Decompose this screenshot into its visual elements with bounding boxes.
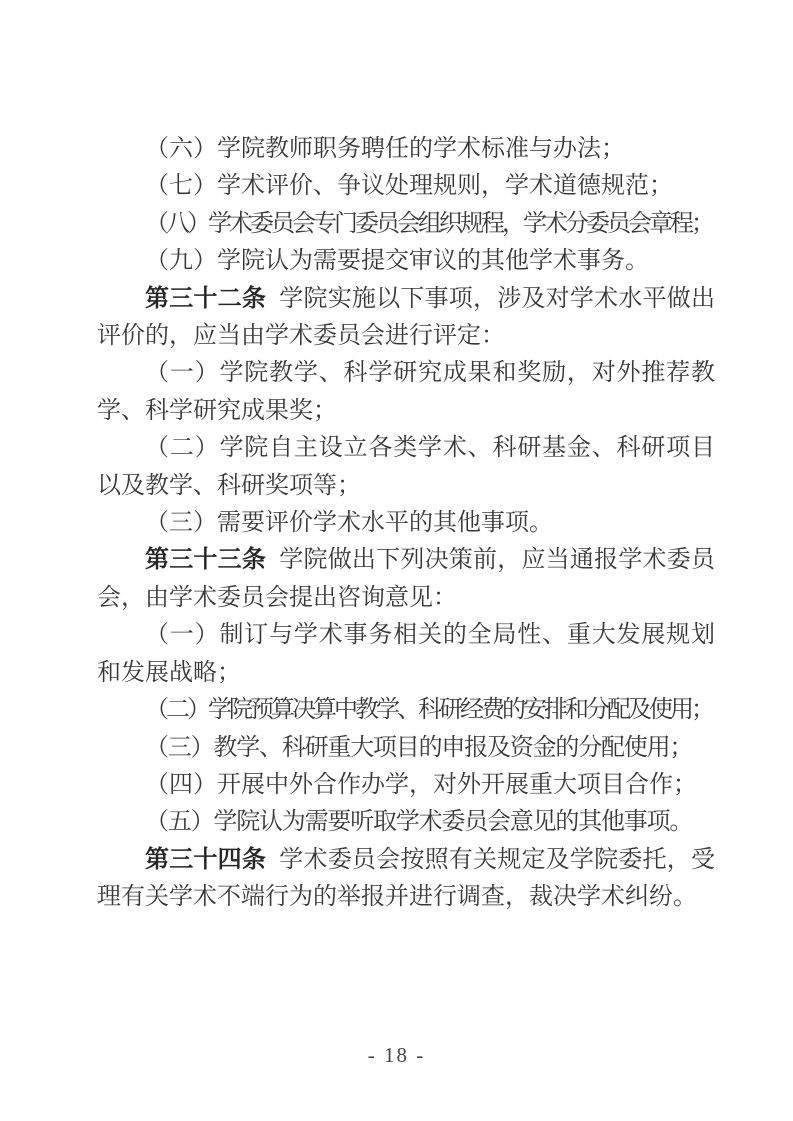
article-32-paragraph: 第三十二条学院实施以下事项，涉及对学术水平做出评价的，应当由学术委员会进行评定：: [97, 281, 715, 356]
article-number-bold: 第三十三条: [145, 547, 266, 573]
subclause-item-2: （二）学院自主设立各类学术、科研基金、科研项目以及教学、科研奖项等；: [97, 430, 715, 505]
page-number: - 18 -: [0, 1043, 793, 1068]
scanned-document-page: （六）学院教师职务聘任的学术标准与办法； （七）学术评价、争议处理规则，学术道德…: [0, 0, 793, 1121]
subclause-item-1: （一）学院教学、科学研究成果和奖励，对外推荐教学、科学研究成果奖；: [97, 355, 715, 430]
clause-text: （二）学院自主设立各类学术、科研基金、科研项目以及教学、科研奖项等；: [97, 435, 715, 498]
clause-text: （一）制订与学术事务相关的全局性、重大发展规划和发展战略；: [97, 622, 715, 685]
clause-text: （三）教学、科研重大项目的申报及资金的分配使用；: [145, 735, 692, 761]
article-34-paragraph: 第三十四条学术委员会按照有关规定及学院委托，受理有关学术不端行为的举报并进行调查…: [97, 842, 715, 917]
clause-text: （四）开展中外合作办学，对外开展重大项目合作；: [145, 772, 697, 798]
document-body: （六）学院教师职务聘任的学术标准与办法； （七）学术评价、争议处理规则，学术道德…: [97, 131, 715, 917]
clause-text: （五）学院认为需要听取学术委员会意见的其他事项。: [145, 809, 692, 835]
article-number-bold: 第三十二条: [145, 286, 266, 312]
subclause-item-3b: （三）教学、科研重大项目的申报及资金的分配使用；: [97, 730, 715, 767]
clause-text: （六）学院教师职务聘任的学术标准与办法；: [145, 136, 625, 162]
clause-text: （九）学院认为需要提交审议的其他学术事务。: [145, 248, 649, 274]
clause-text: （一）学院教学、科学研究成果和奖励，对外推荐教学、科学研究成果奖；: [97, 360, 715, 423]
clause-item-6: （六）学院教师职务聘任的学术标准与办法；: [97, 131, 715, 168]
clause-item-8: （八）学术委员会专门委员会组织规程，学术分委员会章程；: [97, 206, 715, 243]
clause-text: （二）学院预算决算中教学、科研经费的安排和分配及使用；: [145, 697, 712, 723]
subclause-item-4b: （四）开展中外合作办学，对外开展重大项目合作；: [97, 767, 715, 804]
subclause-item-1b: （一）制订与学术事务相关的全局性、重大发展规划和发展战略；: [97, 617, 715, 692]
clause-text: （七）学术评价、争议处理规则，学术道德规范；: [145, 173, 673, 199]
clause-item-9: （九）学院认为需要提交审议的其他学术事务。: [97, 243, 715, 280]
subclause-item-2b: （二）学院预算决算中教学、科研经费的安排和分配及使用；: [97, 692, 715, 729]
article-33-paragraph: 第三十三条学院做出下列决策前，应当通报学术委员会，由学术委员会提出咨询意见：: [97, 542, 715, 617]
article-number-bold: 第三十四条: [145, 847, 266, 873]
clause-item-7: （七）学术评价、争议处理规则，学术道德规范；: [97, 168, 715, 205]
clause-text: （八）学术委员会专门委员会组织规程，学术分委员会章程；: [145, 211, 712, 237]
clause-text: （三）需要评价学术水平的其他事项。: [145, 510, 553, 536]
subclause-item-5b: （五）学院认为需要听取学术委员会意见的其他事项。: [97, 804, 715, 841]
subclause-item-3: （三）需要评价学术水平的其他事项。: [97, 505, 715, 542]
